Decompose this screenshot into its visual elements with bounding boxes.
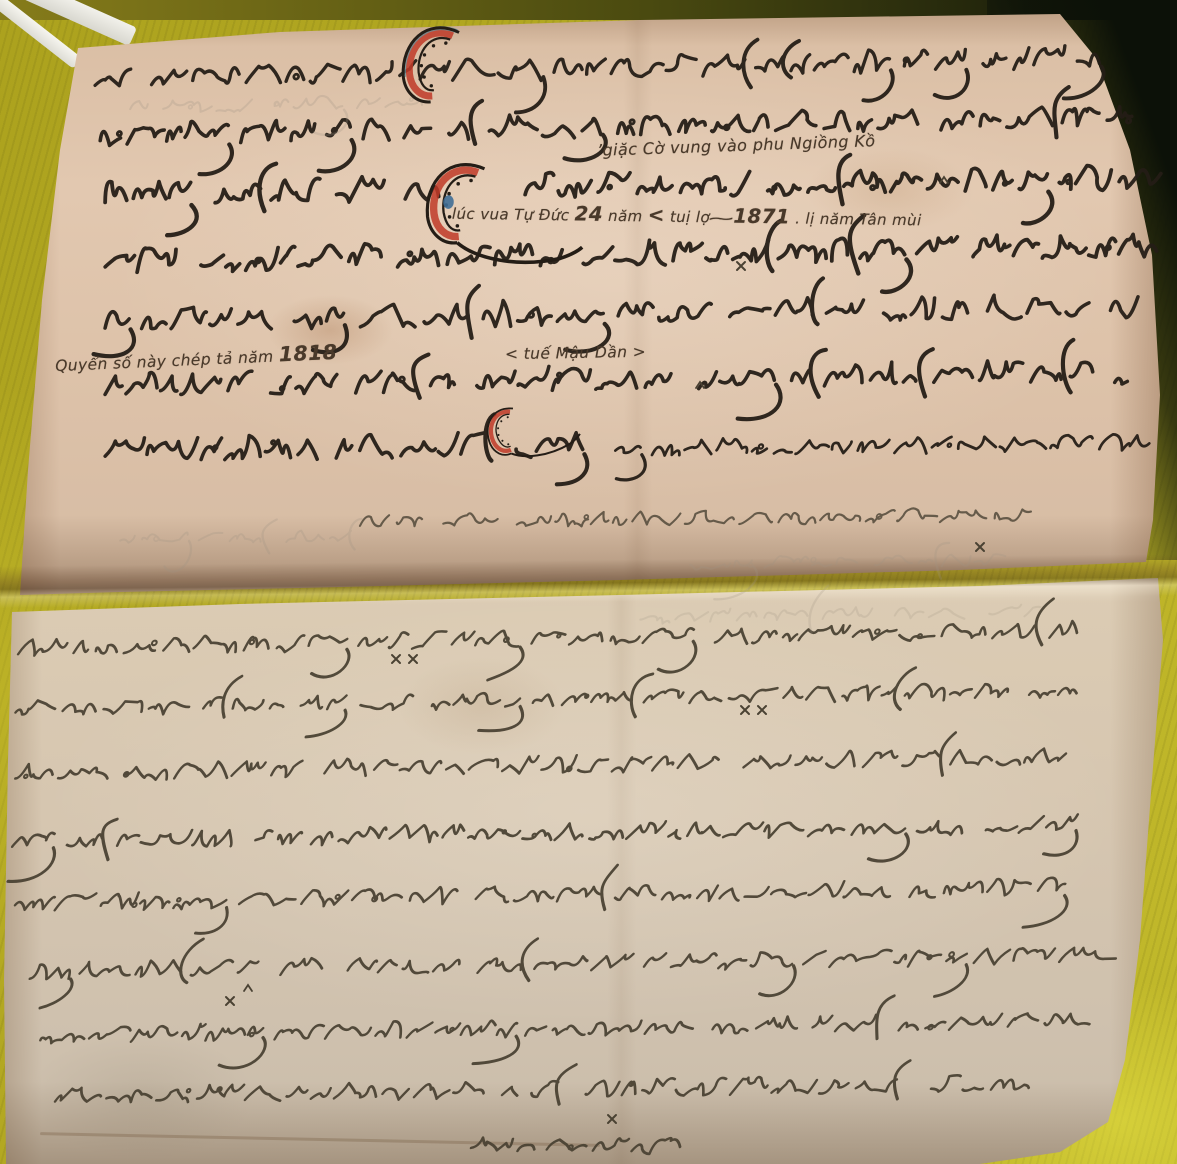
annotation-text: 1871 bbox=[733, 205, 790, 229]
annotation-text: < tuế Mậu Dần > bbox=[505, 343, 646, 363]
annotation-text: . lị năm Tân mùi bbox=[790, 209, 922, 229]
annotation-text: ~ bbox=[706, 209, 737, 227]
annotation-text: 1818 bbox=[278, 340, 337, 367]
annotation-text: năm bbox=[603, 207, 648, 226]
annotation-tue-mau-dan: < tuế Mậu Dần > bbox=[505, 343, 646, 363]
annotation-text: lúc vua Tự Đức bbox=[452, 205, 575, 225]
annotation-text: 24 bbox=[574, 202, 603, 225]
page-bottom-folio bbox=[2, 576, 1166, 1164]
manuscript-photo: ’giặc Cờ vung vào phu Ngiồng Kồ lúc vua … bbox=[0, 0, 1177, 1164]
annotation-text: < bbox=[648, 203, 665, 226]
page-top-folio bbox=[14, 12, 1164, 597]
